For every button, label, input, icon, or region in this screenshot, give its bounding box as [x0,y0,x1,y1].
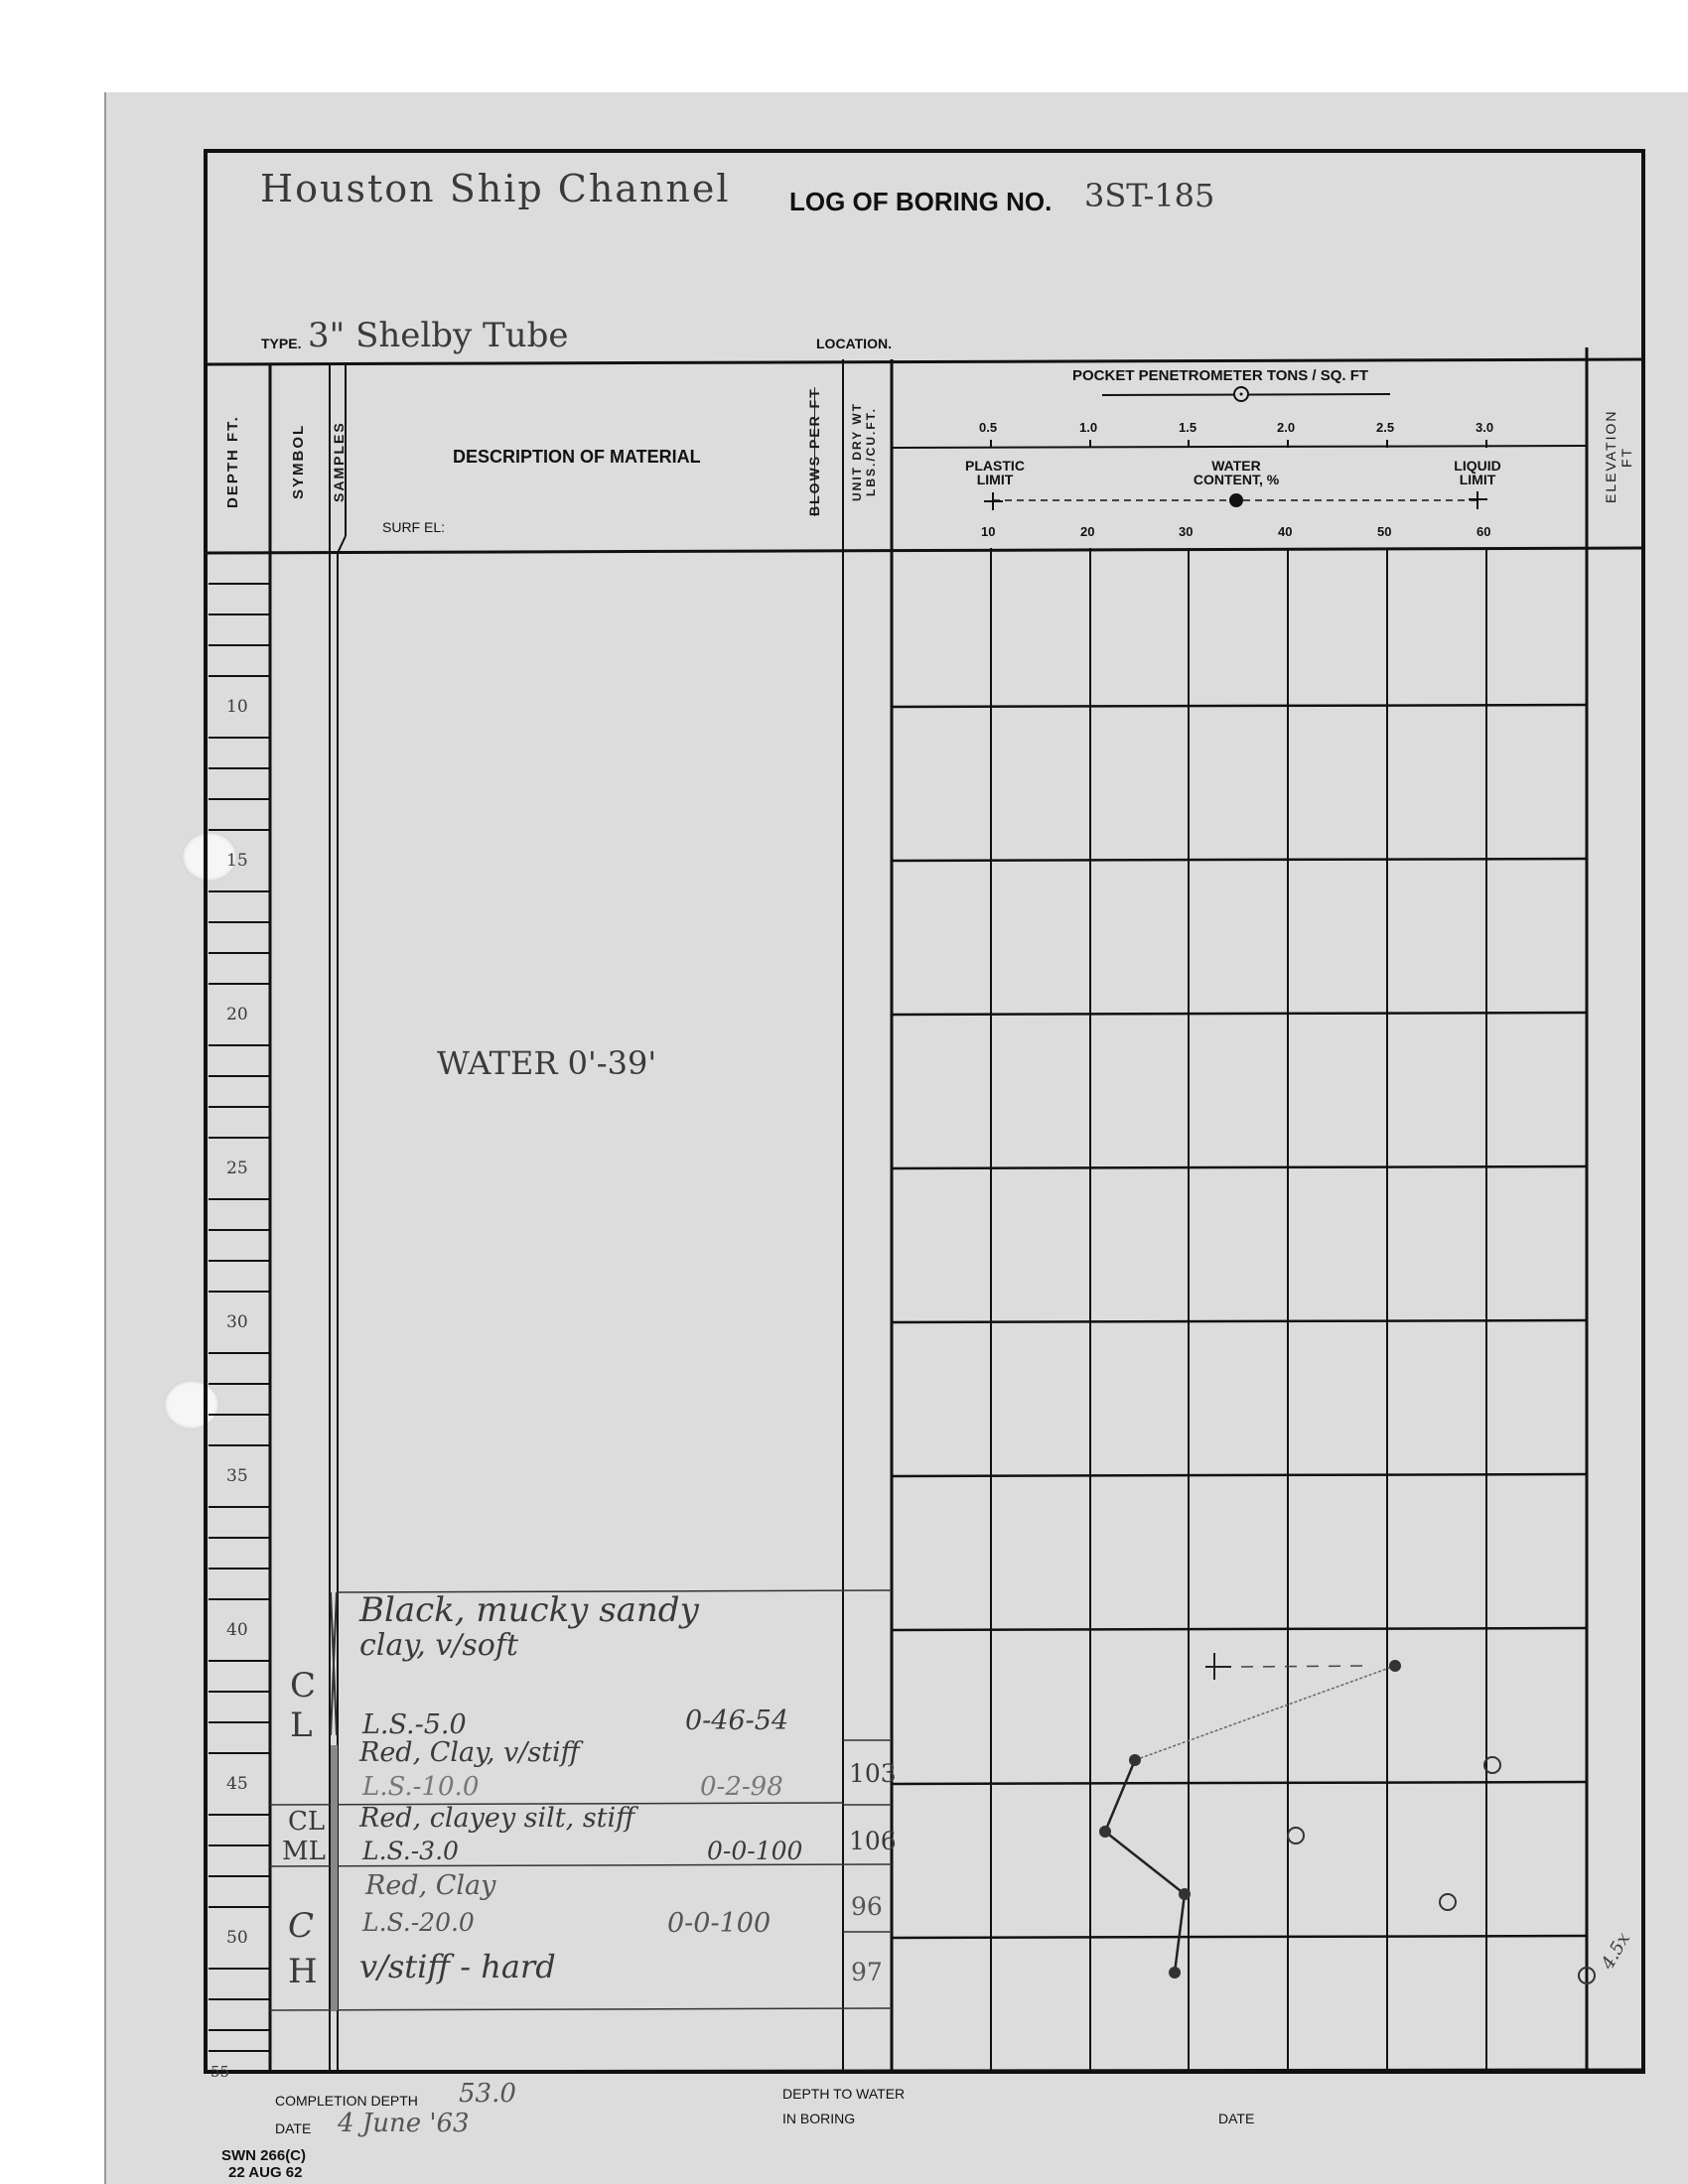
surf-el-label: SURF EL: [382,519,445,535]
udw-value-1: 103 [849,1759,897,1788]
date-value: 4 June '63 [338,2109,470,2138]
project-name: Houston Ship Channel [260,167,731,210]
desc-line-5b: 0-2-98 [700,1772,783,1802]
desc-line-1: Black, mucky sandy [359,1590,699,1630]
water-content-label: WATER CONTENT, % [1187,459,1286,486]
pen-tick-3: 2.0 [1277,420,1295,435]
water-note: WATER 0'-39' [437,1044,656,1082]
date-label: DATE [275,2120,311,2136]
type-label: TYPE. [261,336,301,351]
water-tick-2: 30 [1179,524,1193,539]
date-label-2: DATE [1218,2111,1254,2126]
depth-header: DEPTH FT. [224,402,241,521]
plastic-limit-label: PLASTIC LIMIT [965,459,1025,486]
depth-to-water-label: DEPTH TO WATER [782,2086,905,2102]
depth-label-45: 45 [226,1774,248,1794]
form-grid [0,0,1688,2184]
pen-tick-5: 3.0 [1476,420,1493,435]
boring-number: 3ST-185 [1084,177,1214,214]
desc-line-9a: L.S.-20.0 [362,1908,475,1937]
form-date: 22 AUG 62 [228,2164,302,2181]
desc-line-2: clay, v/soft [359,1628,518,1663]
desc-line-3a: L.S.-5.0 [362,1709,467,1740]
unit-dry-wt-header: UNIT DRY WT LBS./CU.FT. [850,387,886,516]
desc-line-6: Red, clayey silt, stiff [359,1803,634,1834]
elevation-header: ELEVATION FT [1603,402,1634,511]
type-value: 3" Shelby Tube [308,316,569,355]
depth-label-20: 20 [226,1005,248,1024]
symbol-header: SYMBOL [290,417,307,506]
desc-line-10: v/stiff - hard [359,1948,556,1985]
blows-header: BLOWS PER FT [806,382,822,521]
title-label: LOG OF BORING NO. [789,187,1052,217]
depth-label-10: 10 [226,697,248,717]
symbol-clml-cl: CL [288,1807,325,1837]
symbol-cl-c: C [290,1666,316,1706]
depth-label-40: 40 [226,1620,248,1640]
udw-value-4: 97 [851,1958,883,1986]
udw-value-3: 96 [851,1892,883,1921]
depth-label-50: 50 [226,1928,248,1948]
desc-line-7a: L.S.-3.0 [362,1837,459,1865]
depth-label-15: 15 [226,851,248,871]
pen-tick-0: 0.5 [979,420,997,435]
samples-header: SAMPLES [331,407,347,516]
desc-line-4: Red, Clay, v/stiff [359,1737,580,1768]
water-tick-1: 20 [1080,524,1094,539]
completion-depth-value: 53.0 [459,2079,516,2109]
pen-tick-2: 1.5 [1179,420,1196,435]
depth-label-55: 55 [211,2063,229,2081]
water-tick-4: 50 [1377,524,1391,539]
symbol-cl-l: L [290,1706,313,1745]
desc-line-7b: 0-0-100 [707,1837,802,1865]
completion-depth-label: COMPLETION DEPTH [275,2093,418,2109]
desc-line-5a: L.S.-10.0 [362,1772,479,1802]
desc-line-8: Red, Clay [365,1870,495,1901]
water-tick-0: 10 [981,524,995,539]
symbol-clml-ml: ML [282,1837,326,1866]
symbol-ch-c: C [288,1906,314,1946]
depth-label-35: 35 [226,1466,248,1486]
description-header: DESCRIPTION OF MATERIAL [453,447,701,468]
penetrometer-title: POCKET PENETROMETER TONS / SQ. FT [1072,367,1368,384]
desc-line-9b: 0-0-100 [667,1908,771,1939]
depth-label-25: 25 [226,1159,248,1178]
in-boring-label: IN BORING [782,2111,855,2126]
symbol-ch-h: H [288,1952,318,1991]
liquid-limit-label: LIQUID LIMIT [1452,459,1503,486]
pen-tick-1: 1.0 [1079,420,1097,435]
udw-value-2: 106 [849,1827,897,1855]
form-id: SWN 266(C) [221,2147,306,2164]
location-label: LOCATION. [816,336,892,351]
water-tick-3: 40 [1278,524,1292,539]
pen-tick-4: 2.5 [1376,420,1394,435]
desc-line-3b: 0-46-54 [685,1706,788,1736]
water-tick-5: 60 [1477,524,1490,539]
depth-label-30: 30 [226,1312,248,1332]
